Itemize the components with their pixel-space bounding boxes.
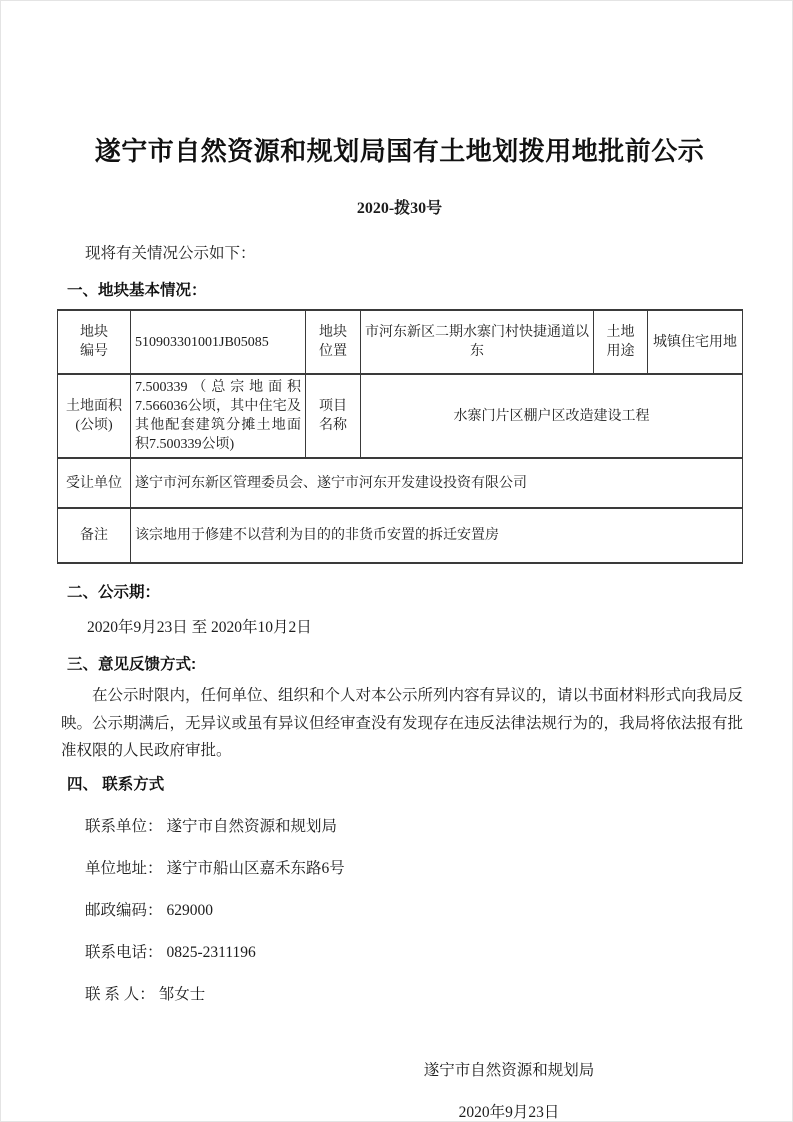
- signature-date: 2020年9月23日: [389, 1100, 629, 1122]
- transferee-value: 遂宁市河东新区管理委员会、遂宁市河东开发建设投资有限公司: [131, 458, 743, 508]
- location-value: 市河东新区二期水寨门村快捷通道以东: [361, 310, 594, 374]
- contact-phone-label: 联系电话：: [85, 944, 163, 961]
- notice-page: 遂宁市自然资源和规划局国有土地划拨用地批前公示 2020-拨30号 现将有关情况…: [0, 0, 793, 1122]
- page-title: 遂宁市自然资源和规划局国有土地划拨用地批前公示: [57, 131, 742, 168]
- land-use-label: 土地 用途: [594, 310, 648, 374]
- contact-address-label: 单位地址：: [85, 860, 163, 877]
- section-heading-notice-period: 二、公示期：: [67, 580, 742, 602]
- contact-person-line: 联 系 人：邹女士: [85, 982, 742, 1004]
- remark-value: 该宗地用于修建不以营利为目的的非货币安置的拆迁安置房: [131, 508, 743, 563]
- parcel-no-label: 地块 编号: [58, 310, 131, 374]
- section-heading-contact: 四、 联系方式: [67, 772, 742, 794]
- contact-address-line: 单位地址：遂宁市船山区嘉禾东路6号: [85, 856, 742, 878]
- signature-org: 遂宁市自然资源和规划局: [389, 1058, 629, 1080]
- contact-postcode-label: 邮政编码：: [85, 902, 163, 919]
- intro-text: 现将有关情况公示如下：: [85, 241, 742, 263]
- section-heading-parcel-info: 一、地块基本情况：: [67, 278, 742, 300]
- contact-postcode-line: 邮政编码：629000: [85, 898, 742, 920]
- section-heading-feedback: 三、意见反馈方式:: [67, 652, 742, 674]
- project-value: 水寨门片区棚户区改造建设工程: [361, 374, 743, 458]
- parcel-info-table: 地块 编号 510903301001JB05085 地块 位置 市河东新区二期水…: [57, 309, 743, 564]
- contact-person-value: 邹女士: [159, 986, 206, 1003]
- document-page: { "document": { "title": "遂宁市自然资源和规划局国有土…: [0, 0, 793, 1122]
- table-row: 土地面积 (公顷) 7.500339（总宗地面积7.566036公顷，其中住宅及…: [58, 374, 743, 458]
- contact-phone-value: 0825-2311196: [167, 944, 256, 961]
- area-label: 土地面积 (公顷): [58, 374, 131, 458]
- area-value: 7.500339（总宗地面积7.566036公顷，其中住宅及其他配套建筑分摊土地…: [131, 374, 306, 458]
- feedback-paragraph: 在公示时限内，任何单位、组织和个人对本公示所列内容有异议的，请以书面材料形式向我…: [61, 682, 743, 765]
- transferee-label: 受让单位: [58, 458, 131, 508]
- contact-unit-label: 联系单位：: [85, 818, 163, 835]
- contact-unit-value: 遂宁市自然资源和规划局: [167, 818, 338, 835]
- contact-postcode-value: 629000: [167, 902, 214, 919]
- contact-phone-line: 联系电话：0825-2311196: [85, 940, 742, 962]
- table-row: 受让单位 遂宁市河东新区管理委员会、遂宁市河东开发建设投资有限公司: [58, 458, 743, 508]
- contact-address-value: 遂宁市船山区嘉禾东路6号: [167, 860, 345, 877]
- location-label: 地块 位置: [306, 310, 361, 374]
- land-use-value: 城镇住宅用地: [648, 310, 743, 374]
- signature-block: 遂宁市自然资源和规划局 2020年9月23日: [389, 1058, 629, 1122]
- document-number: 2020-拨30号: [57, 195, 742, 218]
- parcel-no-value: 510903301001JB05085: [131, 310, 306, 374]
- project-label: 项目 名称: [306, 374, 361, 458]
- remark-label: 备注: [58, 508, 131, 563]
- notice-period-dates: 2020年9月23日 至 2020年10月2日: [87, 615, 742, 637]
- table-row: 地块 编号 510903301001JB05085 地块 位置 市河东新区二期水…: [58, 310, 743, 374]
- contact-unit-line: 联系单位：遂宁市自然资源和规划局: [85, 814, 742, 836]
- table-row: 备注 该宗地用于修建不以营利为目的的非货币安置的拆迁安置房: [58, 508, 743, 563]
- contact-person-label: 联 系 人：: [85, 986, 155, 1003]
